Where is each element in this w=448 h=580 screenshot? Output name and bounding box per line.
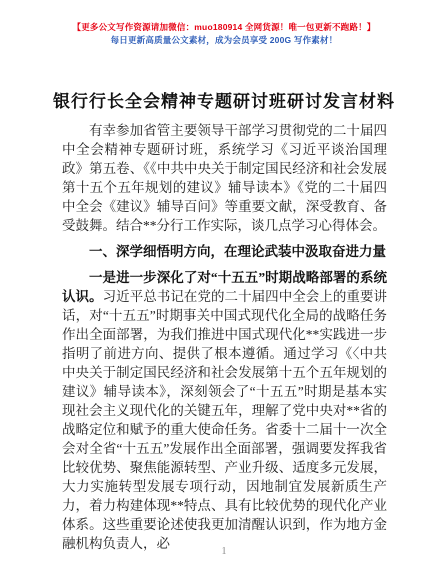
paragraph-text: 习近平总书记在党的二十届四中全会上的重要讲话，对“十五五”时期事关中国式现代化全… bbox=[62, 289, 387, 551]
promo-header: 【更多公文写作资源请加微信：muo180914 全网货源！唯一包更新不跑路！】 … bbox=[0, 0, 448, 47]
paragraph-point-one: 一是进一步深化了对“十五五”时期战略部署的系统认识。习近平总书记在党的二十届四中… bbox=[62, 268, 387, 553]
document-title: 银行行长全会精神专题研讨班研讨发言材料 bbox=[0, 87, 448, 112]
document-body: 有幸参加省管主要领导干部学习贯彻党的二十届四中全会精神专题研讨班，系统学习《习近… bbox=[62, 121, 387, 553]
document-page: 【更多公文写作资源请加微信：muo180914 全网货源！唯一包更新不跑路！】 … bbox=[0, 0, 448, 580]
paragraph-intro: 有幸参加省管主要领导干部学习贯彻党的二十届四中全会精神专题研讨班，系统学习《习近… bbox=[62, 121, 387, 235]
promo-line-red: 【更多公文写作资源请加微信：muo180914 全网货源！唯一包更新不跑路！】 bbox=[0, 21, 448, 34]
section-heading: 一、深学细悟明方向，在理论武装中汲取奋进力量 bbox=[62, 242, 387, 261]
paragraph-text: 有幸参加省管主要领导干部学习贯彻党的二十届四中全会精神专题研讨班，系统学习《习近… bbox=[62, 123, 387, 233]
promo-line-blue: 每日更新高质量公文素材，成为会员享受 200G 写作素材！ bbox=[0, 34, 448, 47]
section-heading-text: 一、深学细悟明方向，在理论武装中汲取奋进力量 bbox=[89, 244, 386, 259]
page-number: 1 bbox=[0, 546, 448, 557]
